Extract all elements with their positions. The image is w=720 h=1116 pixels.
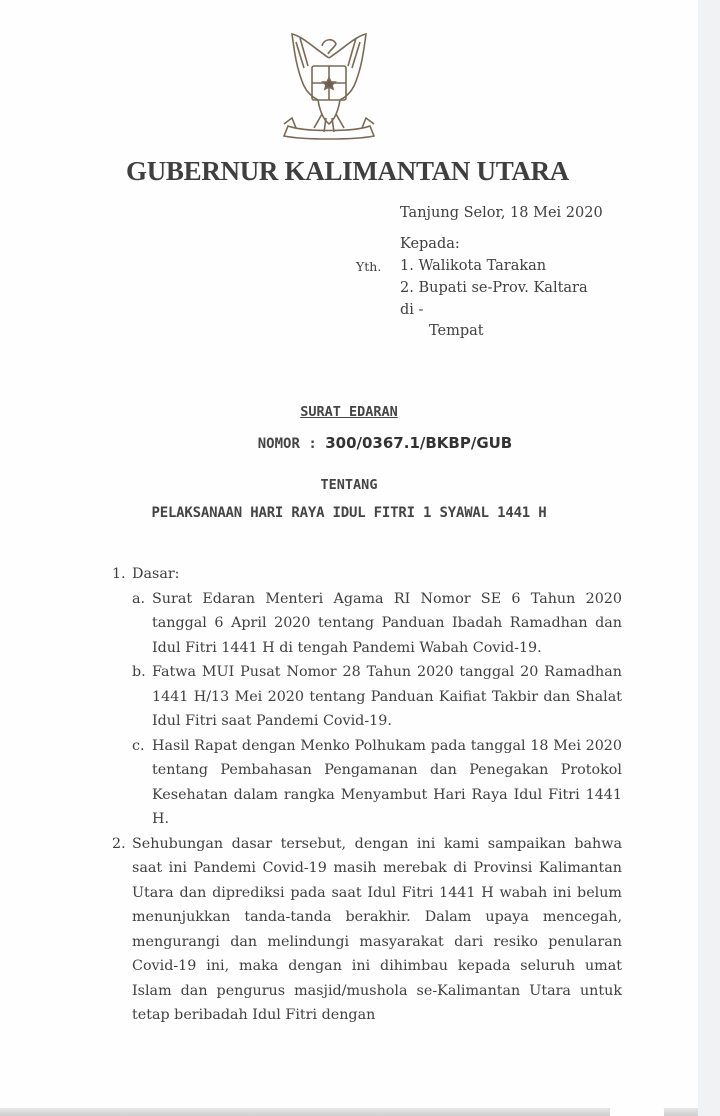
document-subject: PELAKSANAAN HARI RAYA IDUL FITRI 1 SYAWA…: [0, 505, 698, 521]
page-bottom-edge: [0, 1108, 698, 1116]
point-1a: a. Surat Edaran Menteri Agama RI Nomor S…: [112, 587, 622, 661]
place-date: Tanjung Selor, 18 Mei 2020: [400, 205, 603, 221]
tempat-label: Tempat: [429, 323, 484, 339]
recipient-item: 2. Bupati se-Prov. Kaltara: [400, 280, 588, 296]
issuer-title: GUBERNUR KALIMANTAN UTARA: [126, 156, 546, 187]
page-scroll-handle[interactable]: [610, 1103, 664, 1116]
di-label: di -: [400, 302, 423, 318]
tentang-label: TENTANG: [0, 477, 698, 493]
document-type: SURAT EDARAN: [0, 404, 698, 420]
point-1b: b. Fatwa MUI Pusat Nomor 28 Tahun 2020 t…: [112, 660, 622, 734]
document-page: GUBERNUR KALIMANTAN UTARA Tanjung Selor,…: [0, 0, 698, 1109]
viewer-scroll-area[interactable]: [698, 0, 720, 1116]
kepada-label: Kepada:: [400, 236, 460, 252]
point-1c: c. Hasil Rapat dengan Menko Polhukam pad…: [112, 734, 622, 832]
nomor-value: 300/0367.1/BKBP/GUB: [325, 434, 512, 452]
point-2: 2. Sehubungan dasar tersebut, dengan ini…: [112, 832, 622, 1028]
garuda-emblem-icon: [274, 28, 384, 146]
document-number: NOMOR : 300/0367.1/BKBP/GUB: [0, 434, 698, 452]
recipient-item: 1. Walikota Tarakan: [400, 258, 546, 274]
yth-label: Yth.: [356, 259, 381, 274]
point-1: 1. Dasar:: [112, 562, 622, 587]
document-body: 1. Dasar: a. Surat Edaran Menteri Agama …: [112, 562, 622, 1028]
nomor-label: NOMOR :: [258, 436, 317, 452]
